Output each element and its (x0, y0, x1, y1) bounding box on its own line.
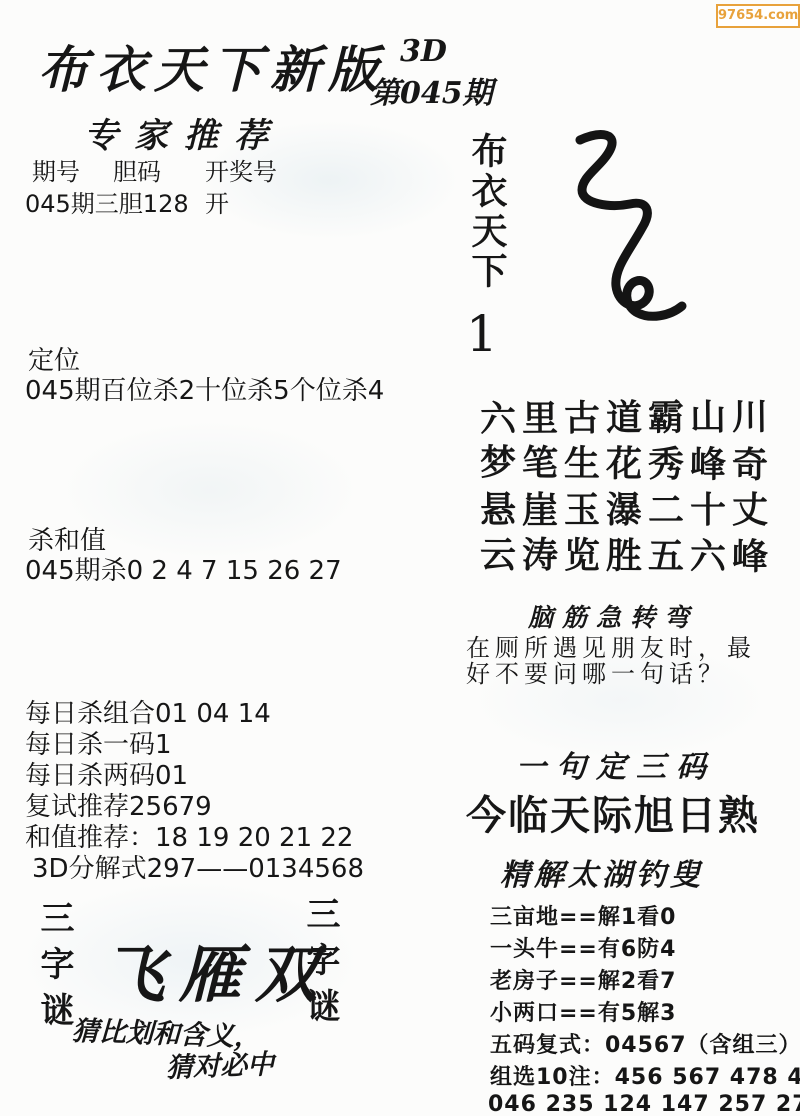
brainteaser-line2: 好不要问哪一句话？ (466, 654, 727, 689)
taihu-line-7: 046 235 124 147 257 279 (488, 1092, 800, 1116)
table-row-result: 开 (205, 184, 229, 219)
taihu-title: 精解太湖钓叟 (500, 850, 704, 894)
col-header-dan: 胆码 (113, 152, 161, 187)
decompose-formula: 3D分解式297——0134568 (32, 848, 364, 885)
sanzimi-note-line2: 猜对必中 (165, 1042, 274, 1085)
taihu-line-4: 小两口==有5解3 (490, 996, 676, 1027)
col-header-issue: 期号 (32, 152, 80, 187)
taihu-line-5: 五码复式：04567（含组三） (490, 1028, 800, 1059)
issue-number: 第045期 (370, 68, 493, 112)
taihu-line-3: 老房子==解2看7 (490, 964, 676, 995)
poem-line-4: 云涛览胜五六峰 (480, 527, 774, 580)
brand-number: 1 (466, 305, 498, 363)
taihu-line-6: 组选10注：456 567 478 458 (490, 1060, 800, 1091)
sanzimi-label-right: 三字谜 (296, 896, 345, 1034)
taihu-line-1: 三亩地==解1看0 (490, 900, 676, 931)
one-sentence-text: 今临天际旭日熟 (466, 784, 760, 841)
dingwei-text: 045期百位杀2十位杀5个位杀4 (25, 370, 384, 407)
one-sentence-title: 一句定三码 (516, 742, 716, 786)
expert-recommend-heading: 专家推荐 (84, 108, 284, 157)
taihu-line-2: 一头牛==有6防4 (490, 932, 676, 963)
page-title: 布衣天下新版 (38, 30, 386, 102)
poem-line-2: 梦笔生花秀峰奇 (480, 435, 774, 489)
shahezhi-text: 045期杀0 2 4 7 15 26 27 (25, 550, 342, 587)
cursive-fei-glyph-icon (552, 128, 697, 332)
game-name: 3D (400, 34, 447, 69)
table-row-issue-dan: 045期三胆128 (25, 184, 189, 219)
col-header-result: 开奖号 (205, 152, 277, 187)
brand-vertical-title: 布衣天下 (462, 132, 513, 292)
poem-line-3: 悬崖玉瀑二十丈 (480, 482, 774, 533)
site-watermark-badge[interactable]: 97654.com (716, 4, 800, 28)
